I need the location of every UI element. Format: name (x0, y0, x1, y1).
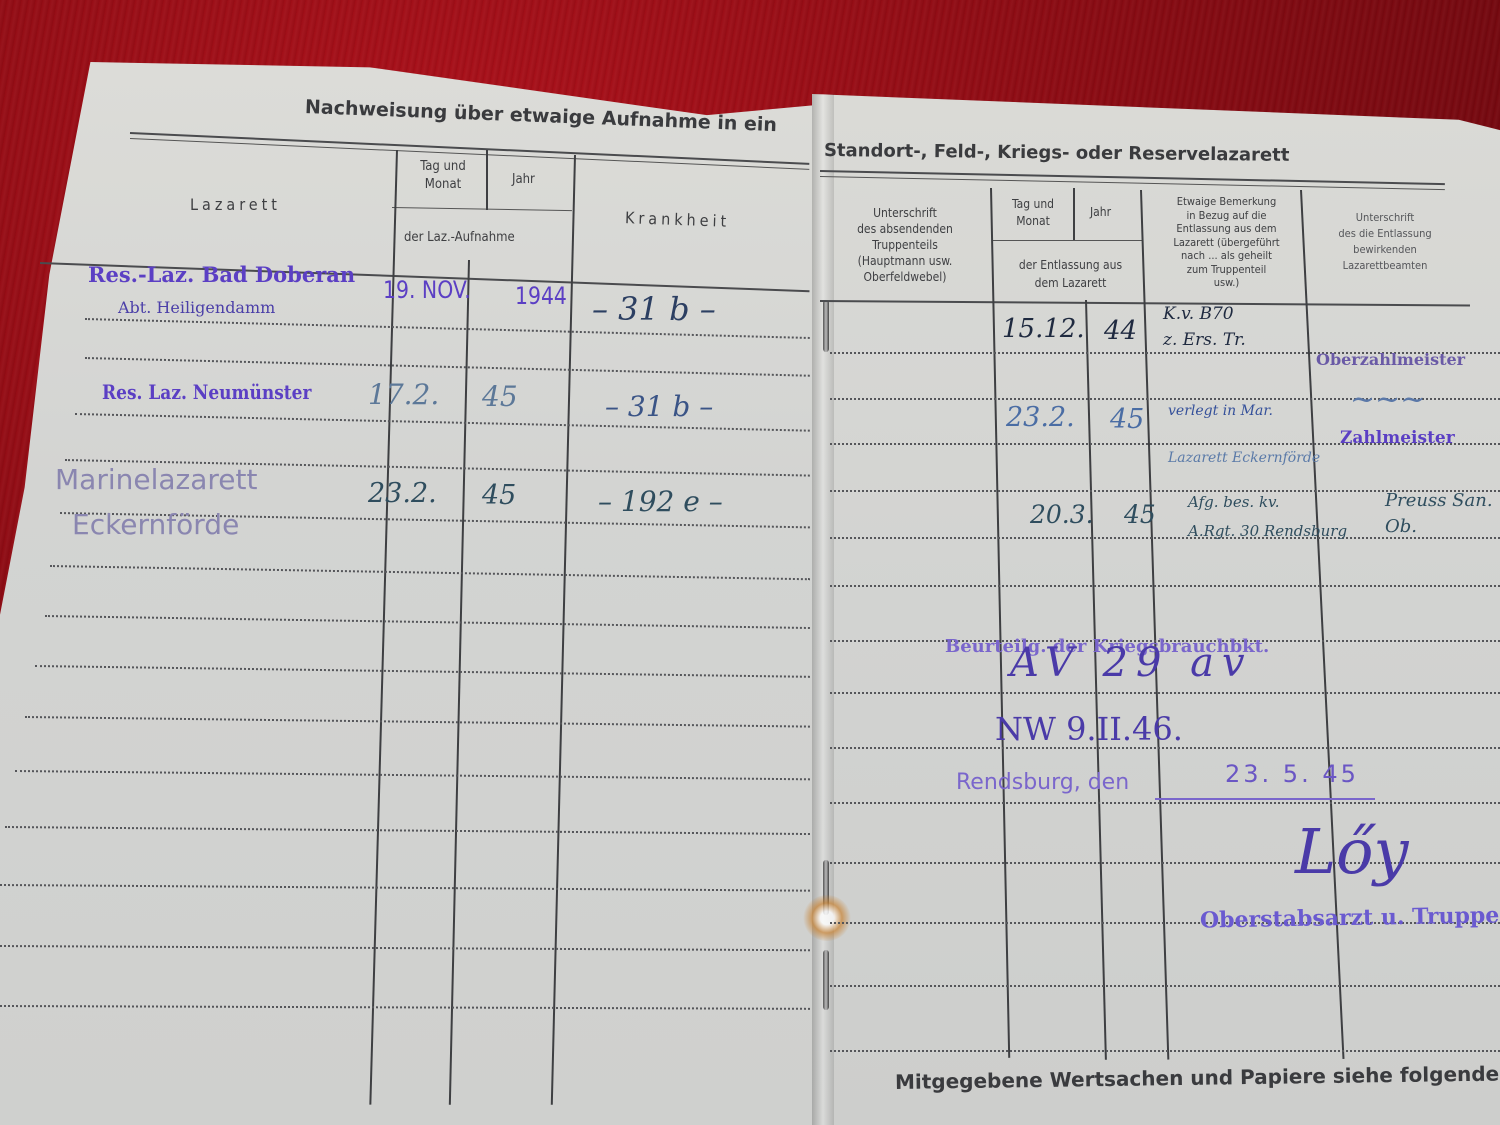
header-line: Lazarettbeamten (1315, 258, 1455, 274)
entry-1-krankheit: – 31 b – (592, 290, 716, 328)
entry-2-krankheit: – 31 b – (605, 390, 713, 423)
header-krankheit: Krankheit (625, 208, 731, 231)
entry-1-lazarett-sub: Abt. Heiligendamm (118, 298, 275, 317)
entry-3-lazarett: Marinelazarett (55, 463, 257, 496)
discharge-3-bemerkung: Afg. bes. kv. (1188, 493, 1280, 511)
header-line: Truppenteils (835, 237, 975, 253)
staple-top (823, 300, 829, 352)
entry-1-tag-monat: 19. NOV. (383, 276, 471, 304)
entry-2-tag-monat: 17.2. (368, 378, 439, 411)
handwritten-date: NW 9.II.46. (995, 710, 1183, 748)
discharge-3-tag-monat: 20.3. (1030, 500, 1094, 529)
entry-1-jahr: 1944 (515, 282, 567, 310)
discharge-3-bemerkung-2: A.Rgt. 30 Rendsburg (1188, 522, 1347, 540)
header-line: Lazarett (übergeführt (1144, 236, 1309, 250)
header-line: Unterschrift (1315, 210, 1455, 226)
entry-2-lazarett: Res. Laz. Neumünster (102, 380, 311, 404)
officer-signature: Lőy (1295, 815, 1409, 888)
header-unterschrift-truppenteil: Unterschrift des absendenden Truppenteil… (835, 205, 975, 285)
discharge-1-bemerkung: K.v. B70 (1163, 304, 1234, 324)
header-line: nach ... als geheilt (1144, 249, 1309, 263)
discharge-2-bemerkung: verlegt in Mar. (1168, 403, 1273, 419)
discharge-1-tag-monat: 15.12. (1002, 314, 1085, 344)
header-line: dem Lazarett (998, 274, 1143, 292)
header-line: der Entlassung aus (998, 256, 1143, 274)
header-jahr-left: Jahr (512, 172, 535, 187)
header-line: Entlassung aus dem (1144, 222, 1309, 236)
header-bemerkung: Etwaige Bemerkung in Bezug auf die Entla… (1144, 195, 1309, 290)
entry-3-jahr: 45 (482, 480, 516, 511)
header-line: des die Entlassung (1315, 226, 1455, 242)
header-line: Etwaige Bemerkung (1144, 195, 1309, 209)
discharge-1-bemerkung-2: z. Ers. Tr. (1163, 330, 1246, 350)
column-divider (486, 150, 488, 210)
column-divider (1073, 188, 1075, 240)
entry-1-lazarett: Res.-Laz. Bad Doberan (88, 262, 355, 287)
discharge-2-bemerkung-2: Lazarett Eckernförde (1168, 450, 1320, 466)
row-line (830, 985, 1500, 987)
discharge-2-tag-monat: 23.2. (1006, 402, 1075, 433)
discharge-2-signature: ~~~ (1350, 382, 1425, 417)
row-line (830, 585, 1500, 587)
stamp-date: 23. 5. 45 (1225, 760, 1359, 788)
date-underline (1155, 798, 1375, 800)
header-aufnahme: der Laz.-Aufnahme (404, 230, 515, 245)
discharge-3-unterschrift: Preuss San. Ob. (1385, 488, 1495, 540)
header-line: des absendenden (835, 221, 975, 237)
header-tag-monat-left: Tag und Monat (408, 158, 478, 194)
header-unterschrift-beamten: Unterschrift des die Entlassung bewirken… (1315, 210, 1455, 274)
header-lazarett: Lazarett (190, 195, 281, 214)
discharge-2-jahr: 45 (1110, 404, 1144, 435)
entry-2-jahr: 45 (482, 380, 518, 413)
header-line: in Bezug auf die (1144, 209, 1309, 223)
header-entlassung: der Entlassung aus dem Lazarett (998, 256, 1143, 292)
header-line: (Hauptmann usw. (835, 253, 975, 269)
discharge-1-unterschrift-stamp: Oberzahlmeister (1316, 350, 1465, 369)
header-line: Oberfeldwebel) (835, 269, 975, 285)
header-subrule-right (992, 240, 1142, 241)
discharge-1-jahr: 44 (1104, 316, 1137, 346)
entry-3-tag-monat: 23.2. (368, 478, 437, 509)
discharge-2-unterschrift-stamp: Zahlmeister (1340, 428, 1455, 448)
staple-bottom (823, 950, 829, 1010)
row-line (830, 692, 1500, 694)
header-line: Unterschrift (835, 205, 975, 221)
wehrpass-booklet: Nachweisung über etwaige Aufnahme in ein… (0, 0, 1500, 1125)
header-line: usw.) (1144, 276, 1309, 290)
header-line: bewirkenden (1315, 242, 1455, 258)
handwritten-code: AV 29 av (1010, 640, 1253, 686)
header-jahr-right: Jahr (1090, 205, 1111, 219)
stamp-place: Rendsburg, den (956, 770, 1129, 795)
stamp-rank: Oberstabsarzt u. Truppe (1200, 902, 1500, 933)
header-line: zum Truppenteil (1144, 263, 1309, 277)
row-line (830, 802, 1500, 804)
discharge-3-jahr: 45 (1124, 500, 1156, 529)
entry-3-krankheit: – 192 e – (598, 485, 723, 518)
rust-stain (803, 895, 851, 941)
row-line (830, 1050, 1500, 1052)
header-tag-monat-right: Tag und Monat (998, 196, 1068, 230)
entry-3-lazarett-sub: Eckernförde (72, 508, 239, 541)
